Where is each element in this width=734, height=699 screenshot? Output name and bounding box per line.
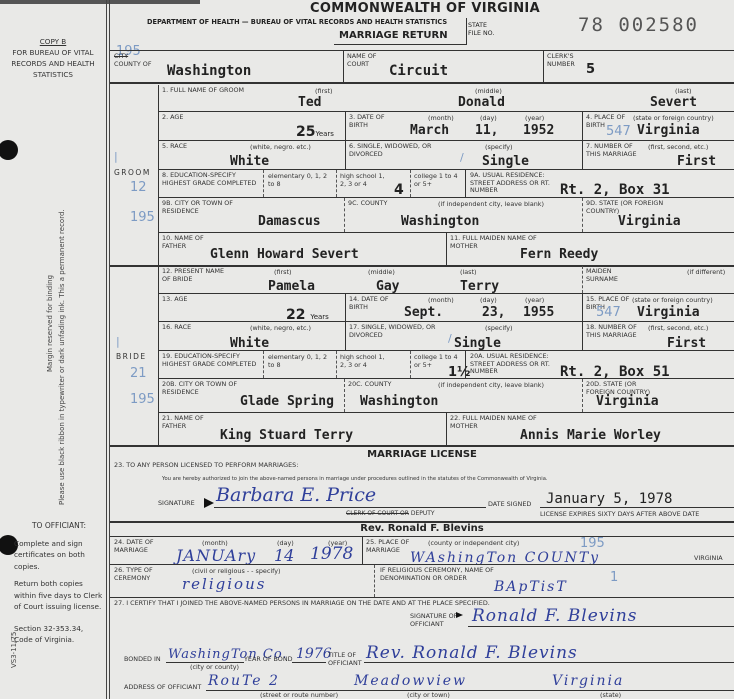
county-value: Washington xyxy=(167,63,251,79)
rule xyxy=(158,111,734,112)
rule xyxy=(214,507,486,508)
marriage-return-document: COPY B FOR BUREAU OF VITAL RECORDS AND H… xyxy=(0,0,734,699)
rule xyxy=(362,536,363,564)
bride-father: King Stuard Terry xyxy=(220,428,353,443)
bride-city-label: 20b. CITY OR TOWN OF RESIDENCE xyxy=(162,381,242,396)
bride-county: Washington xyxy=(360,394,438,409)
copy-label: COPY B xyxy=(0,36,106,47)
bond-year: 1976 xyxy=(296,646,332,662)
rule xyxy=(336,351,337,378)
hint: (first) xyxy=(315,87,332,95)
rule xyxy=(582,266,583,293)
groom-residence-label: 9a. USUAL RESIDENCE: STREET ADDRESS OR R… xyxy=(470,172,560,195)
groom-dob-day: 11, xyxy=(475,123,498,138)
rule xyxy=(410,170,411,197)
bride-first-name: Pamela xyxy=(268,279,315,294)
rule xyxy=(336,170,337,197)
left-margin: COPY B FOR BUREAU OF VITAL RECORDS AND H… xyxy=(0,0,108,699)
annotation: 1 xyxy=(610,570,618,585)
rule xyxy=(110,82,734,84)
officiant-title: Rev. Ronald F. Blevins xyxy=(366,643,578,663)
groom-father: Glenn Howard Severt xyxy=(210,247,359,262)
marriage-place-label: 25. PLACE OF MARRIAGE xyxy=(366,539,412,554)
bride-race: White xyxy=(230,336,269,351)
hint: (year) xyxy=(525,296,544,304)
bride-status: Single xyxy=(454,336,501,351)
hint: (month) xyxy=(428,296,454,304)
rule xyxy=(465,350,466,378)
certification-statement: 27. I CERTIFY THAT I JOINED THE ABOVE-NA… xyxy=(114,600,490,608)
license-expiry-note: LICENSE EXPIRES SIXTY DAYS AFTER ABOVE D… xyxy=(540,511,699,519)
groom-dob-year: 1952 xyxy=(523,123,554,138)
groom-county: Washington xyxy=(401,214,479,229)
groom-hs-value: 4 xyxy=(394,182,404,198)
bride-marriage-no-label: 18. NUMBER OF THIS MARRIAGE xyxy=(586,324,644,339)
groom-last-name: Severt xyxy=(650,95,697,110)
rule xyxy=(446,232,447,265)
rule xyxy=(158,293,734,294)
denomination-label: IF RELIGIOUS CEREMONY, NAME OF DENOMINAT… xyxy=(380,567,500,582)
birth-code-annotation: 547 xyxy=(596,305,621,320)
ceremony-type-label: 26. TYPE OF CEREMONY xyxy=(114,567,160,582)
groom-city: Damascus xyxy=(258,214,321,229)
hint: (if independent city, leave blank) xyxy=(438,200,544,208)
groom-edu-label: 8. EDUCATION-SPECIFY HIGHEST GRADE COMPL… xyxy=(162,172,262,187)
hint: (first, second, etc.) xyxy=(648,324,708,332)
bride-father-label: 21. NAME OF FATHER xyxy=(162,415,208,430)
hint: (if independent city, leave blank) xyxy=(438,381,544,389)
bride-mother: Annis Marie Worley xyxy=(520,428,661,443)
hint: (city or town) xyxy=(407,691,450,699)
rule xyxy=(158,197,734,198)
groom-first-name: Ted xyxy=(298,95,321,110)
rule xyxy=(374,565,375,597)
annotation: | xyxy=(114,150,118,163)
form-name: MARRIAGE RETURN xyxy=(339,30,448,41)
state-file-label: STATE FILE NO. xyxy=(468,22,498,37)
form-title: COMMONWEALTH OF VIRGINIA xyxy=(310,1,540,16)
copy-b-note: COPY B FOR BUREAU OF VITAL RECORDS AND H… xyxy=(0,36,106,80)
bride-name-label: 12. PRESENT NAME OF BRIDE xyxy=(162,268,232,283)
edu-code-annotation: 21 xyxy=(130,366,147,381)
hint: (day) xyxy=(480,296,497,304)
rule xyxy=(468,626,734,627)
rule xyxy=(110,445,734,447)
bride-residence-label: 20a. USUAL RESIDENCE: STREET ADDRESS OR … xyxy=(470,353,562,376)
bride-state: Virginia xyxy=(596,394,659,409)
binding-hole-icon xyxy=(0,140,18,160)
groom-age: 25Years xyxy=(296,124,334,140)
hint: (last) xyxy=(460,268,477,276)
place-code-annotation: 195 xyxy=(580,536,605,551)
bride-dob-year: 1955 xyxy=(523,305,554,320)
groom-marriage-no: First xyxy=(677,154,716,169)
hint: (month) xyxy=(428,114,454,122)
clerk-title: CLERK OF COURT OR DEPUTY xyxy=(346,510,435,517)
certificate-section-title: Rev. Ronald F. Blevins xyxy=(110,523,734,534)
date-signed: January 5, 1978 xyxy=(546,491,672,507)
margin-divider xyxy=(106,0,107,699)
hint: (street or route number) xyxy=(260,691,338,699)
groom-state: Virginia xyxy=(618,214,681,229)
hint: (first) xyxy=(274,268,291,276)
hint: (state or foreign country) xyxy=(633,114,714,122)
rule xyxy=(466,18,467,45)
rule xyxy=(465,169,466,197)
hint: (state) xyxy=(600,691,621,699)
annotation: / xyxy=(460,151,464,164)
hint: (day) xyxy=(480,114,497,122)
groom-father-label: 10. NAME OF FATHER xyxy=(162,235,208,250)
bride-maiden-label: MAIDEN SURNAME xyxy=(586,268,626,283)
groom-dob-month: March xyxy=(410,123,449,138)
rule xyxy=(158,169,734,170)
license-section-title: MARRIAGE LICENSE xyxy=(110,449,734,460)
rule xyxy=(292,662,326,663)
groom-mother: Fern Reedy xyxy=(520,247,598,262)
rule xyxy=(110,536,734,537)
hint: elementary 0, 1, 2 to 8 xyxy=(268,172,328,188)
binding-note: Margin reserved for binding xyxy=(46,275,54,372)
rule xyxy=(410,351,411,378)
annotation: / xyxy=(448,332,452,345)
groom-state-label: 9d. STATE (OR FOREIGN COUNTRY) xyxy=(586,200,666,215)
marriage-month: JANUAry xyxy=(176,546,256,565)
court-label: NAME OF COURT xyxy=(347,53,387,68)
groom-marriage-no-label: 7. NUMBER OF THIS MARRIAGE xyxy=(586,143,644,158)
bride-edu-label: 19. EDUCATION-SPECIFY HIGHEST GRADE COMP… xyxy=(162,353,262,368)
hint: (year) xyxy=(525,114,544,122)
bonded-in-label: BONDED IN xyxy=(124,656,161,664)
officiant-address-city: Meadowview xyxy=(354,673,467,689)
bride-dob-month: Sept. xyxy=(404,305,443,320)
copy-desc: FOR BUREAU OF VITAL RECORDS AND HEALTH S… xyxy=(0,47,106,80)
ceremony-type: religious xyxy=(182,575,266,593)
officiant-heading: TO OFFICIANT: xyxy=(14,520,104,532)
groom-race-label: 5. RACE xyxy=(162,143,187,151)
hint: high school 1, 2, 3 or 4 xyxy=(340,353,392,369)
officiant-instruction-2: Return both copies within five days to C… xyxy=(14,578,104,613)
groom-status: Single xyxy=(482,154,529,169)
bride-dob-label: 14. DATE OF BIRTH xyxy=(349,296,389,311)
hint: high school 1, 2, 3 or 4 xyxy=(340,172,392,188)
marriage-day: 14 xyxy=(274,546,294,565)
bride-dob-day: 23, xyxy=(482,305,505,320)
bride-section-label: BRIDE xyxy=(116,352,147,361)
bond-year-label: YEAR OF BOND xyxy=(244,656,293,664)
form-body: COMMONWEALTH OF VIRGINIA DEPARTMENT OF H… xyxy=(110,0,734,699)
edu-code-annotation: 12 xyxy=(130,180,147,195)
rule xyxy=(158,378,734,379)
bride-age-label: 13. AGE xyxy=(162,296,187,304)
officiant-address-label: ADDRESS OF OFFICIANT xyxy=(124,684,201,692)
rule xyxy=(158,350,734,351)
hint: (middle) xyxy=(368,268,395,276)
date-signed-label: DATE SIGNED xyxy=(488,501,531,509)
rule xyxy=(158,321,734,322)
groom-age-label: 2. AGE xyxy=(162,114,183,122)
rule xyxy=(344,198,345,232)
marriage-date-label: 24. DATE OF MARRIAGE xyxy=(114,539,160,554)
hint: (white, negro, etc.) xyxy=(250,324,311,332)
officiant-address-street: RouTe 2 xyxy=(208,673,280,689)
rule xyxy=(158,140,734,141)
hint: elementary 0, 1, 2 to 8 xyxy=(268,353,328,369)
annotation: | xyxy=(116,335,120,348)
department-name: DEPARTMENT OF HEALTH — BUREAU OF VITAL R… xyxy=(147,18,447,26)
hint: college 1 to 4 or 5+ xyxy=(414,172,464,188)
city-county-label: CITYCOUNTY OF xyxy=(114,53,152,68)
clerk-signature: Barbara E. Price xyxy=(216,484,376,506)
groom-county-label: 9c. COUNTY xyxy=(348,200,387,208)
rule xyxy=(263,351,264,378)
hint: (specify) xyxy=(485,324,513,332)
officiant-signature-label: SIGNATURE OF OFFICIANT xyxy=(410,613,462,628)
rule xyxy=(344,379,345,412)
rule xyxy=(364,662,734,663)
hint: (county or independent city) xyxy=(428,539,519,547)
groom-middle-name: Donald xyxy=(458,95,505,110)
groom-name-label: 1. FULL NAME OF GROOM xyxy=(162,87,244,95)
rule xyxy=(110,564,734,565)
bride-race-label: 16. RACE xyxy=(162,324,191,332)
court-name: Circuit xyxy=(389,63,448,79)
signature-arrow-icon xyxy=(456,612,463,618)
bride-city: Glade Spring xyxy=(240,394,334,409)
res-code-annotation: 195 xyxy=(130,210,155,225)
officiant-title-label: TITLE OF OFFICIANT xyxy=(328,652,364,667)
rule xyxy=(582,198,583,232)
groom-dob-label: 3. DATE OF BIRTH xyxy=(349,114,389,129)
rule xyxy=(158,85,159,265)
hint: (state or foreign country) xyxy=(632,296,713,304)
officiant-address-state: Virginia xyxy=(552,673,624,689)
marriage-state: VIRGINIA xyxy=(694,555,723,563)
form-code: VS3-11/75 xyxy=(10,632,18,668)
hint: (city or county) xyxy=(190,663,239,671)
officiant-instruction-1: Complete and sign certificates on both c… xyxy=(14,538,104,573)
denomination: BApTisT xyxy=(494,579,568,595)
bride-middle-name: Gay xyxy=(376,279,399,294)
groom-pob: Virginia xyxy=(637,123,700,138)
code-section: Section 32-353.34, Code of Virginia. xyxy=(14,623,104,646)
groom-residence: Rt. 2, Box 31 xyxy=(560,182,670,198)
groom-city-label: 9b. CITY OR TOWN OF RESIDENCE xyxy=(162,200,242,215)
groom-section-label: GROOM xyxy=(114,168,151,177)
rule xyxy=(540,507,734,508)
rule xyxy=(543,50,544,83)
bride-status-label: 17. SINGLE, WIDOWED, OR DIVORCED xyxy=(349,324,439,339)
rule xyxy=(110,50,734,51)
hint: (middle) xyxy=(475,87,502,95)
hint: (white, negro. etc.) xyxy=(250,143,311,151)
rule xyxy=(446,412,447,445)
marriage-year: 1978 xyxy=(310,544,353,564)
rule xyxy=(343,50,344,83)
rule xyxy=(263,170,264,197)
bride-marriage-no: First xyxy=(667,336,706,351)
officiant-signature: Ronald F. Blevins xyxy=(472,606,638,626)
hint: (civil or religious - - specify) xyxy=(192,567,281,575)
groom-status-label: 6. SINGLE, WIDOWED, OR DIVORCED xyxy=(349,143,439,158)
ink-note: Please use black ribbon in typewriter or… xyxy=(58,209,66,505)
groom-race: White xyxy=(230,154,269,169)
clerk-number-label: CLERK'S NUMBER xyxy=(547,53,581,68)
res-code-annotation: 195 xyxy=(130,392,155,407)
state-file-number: 78 002580 xyxy=(578,14,699,36)
rule xyxy=(582,379,583,412)
hint: (if different) xyxy=(687,268,725,276)
license-item-label: 23. TO ANY PERSON LICENSED TO PERFORM MA… xyxy=(114,462,298,470)
bride-county-label: 20c. COUNTY xyxy=(348,381,391,389)
bride-pob: Virginia xyxy=(637,305,700,320)
rule xyxy=(110,597,734,598)
license-authorization: You are hereby authorized to join the ab… xyxy=(162,476,548,482)
hint: (specify) xyxy=(485,143,513,151)
hint: (last) xyxy=(675,87,692,95)
signature-arrow-icon xyxy=(204,498,214,508)
rule xyxy=(334,44,466,45)
officiant-instructions: TO OFFICIANT: Complete and sign certific… xyxy=(14,520,104,652)
clerk-number: 5 xyxy=(586,62,595,77)
birth-code-annotation: 547 xyxy=(606,124,631,139)
hint: (first, second, etc.) xyxy=(648,143,708,151)
license-signature-label: SIGNATURE xyxy=(158,500,195,508)
bride-last-name: Terry xyxy=(460,279,499,294)
